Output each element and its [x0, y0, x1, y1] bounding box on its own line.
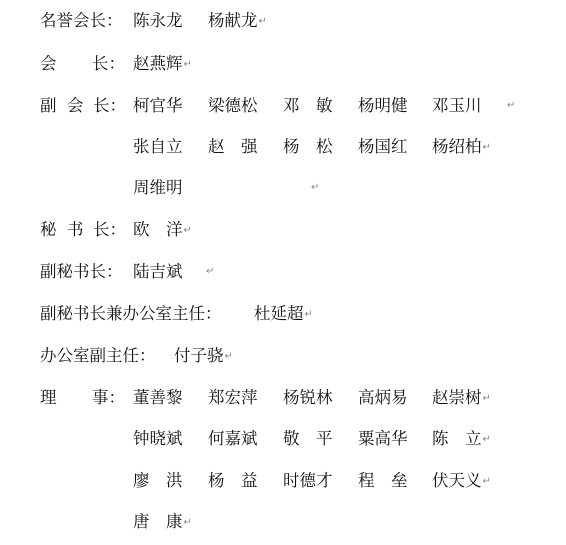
member-name: 赵燕辉↵ [133, 52, 192, 77]
member-name: 高炳易 [358, 386, 408, 410]
role-label: 理事： [40, 386, 57, 410]
paragraph-mark-icon: ↵ [311, 176, 319, 200]
member-name: 付子骁↵ [174, 344, 233, 369]
member-name: 杨明健 [358, 94, 408, 118]
paragraph-mark-icon: ↵ [259, 16, 267, 27]
member-name: 周维明 [133, 176, 183, 200]
member-name: 陆吉斌 [133, 260, 183, 284]
member-name: 粟高华 [358, 427, 408, 451]
member-name: 杨国红 [358, 135, 408, 159]
role-label: 副秘书长兼办公室主任： [40, 302, 222, 326]
paragraph-mark-icon: ↵ [483, 476, 491, 487]
paragraph-mark-icon: ↵ [225, 351, 233, 362]
paragraph-mark-icon: ↵ [483, 393, 491, 404]
role-label: 办公室副主任： [40, 344, 156, 368]
member-name: 欧 洋↵ [133, 218, 192, 243]
role-label: 秘书长： [40, 218, 57, 242]
member-name: 郑宏萍 [208, 386, 258, 410]
member-name: 杜延超↵ [254, 302, 313, 327]
member-name: 梁德松 [208, 94, 258, 118]
paragraph-mark-icon: ↵ [206, 260, 214, 284]
member-name: 唐 康↵ [133, 510, 192, 535]
member-name: 廖 洪 [133, 469, 183, 493]
member-name: 杨 松 [283, 135, 333, 159]
paragraph-mark-icon: ↵ [184, 59, 192, 70]
member-name: 伏天义↵ [432, 469, 491, 494]
paragraph-mark-icon: ↵ [483, 142, 491, 153]
member-name: 钟晓斌 [133, 427, 183, 451]
paragraph-mark-icon: ↵ [184, 517, 192, 528]
member-name: 赵崇树↵ [432, 386, 491, 411]
member-name: 董善黎 [133, 386, 183, 410]
member-name: 柯官华 [133, 94, 183, 118]
role-label: 副会长： [40, 94, 57, 118]
role-label: 副秘书长： [40, 260, 123, 284]
member-name: 杨献龙↵ [208, 9, 267, 34]
member-name: 敬 平 [283, 427, 333, 451]
member-name: 杨绍柏↵ [432, 135, 491, 160]
paragraph-mark-icon: ↵ [507, 94, 515, 118]
member-name: 张自立 [133, 135, 183, 159]
role-label: 会长： [40, 52, 57, 76]
member-name: 杨 益 [208, 469, 258, 493]
paragraph-mark-icon: ↵ [184, 225, 192, 236]
member-name: 邓 敏 [283, 94, 333, 118]
member-name: 陈永龙 [133, 9, 183, 33]
paragraph-mark-icon: ↵ [305, 309, 313, 320]
member-name: 邓玉川 [432, 94, 482, 118]
paragraph-mark-icon: ↵ [483, 434, 491, 445]
member-name: 杨锐林 [283, 386, 333, 410]
member-name: 时德才 [283, 469, 333, 493]
member-name: 何嘉斌 [208, 427, 258, 451]
member-name: 赵 强 [208, 135, 258, 159]
member-name: 陈 立↵ [432, 427, 491, 452]
member-name: 程 垒 [358, 469, 408, 493]
role-label: 名誉会长： [40, 9, 123, 33]
